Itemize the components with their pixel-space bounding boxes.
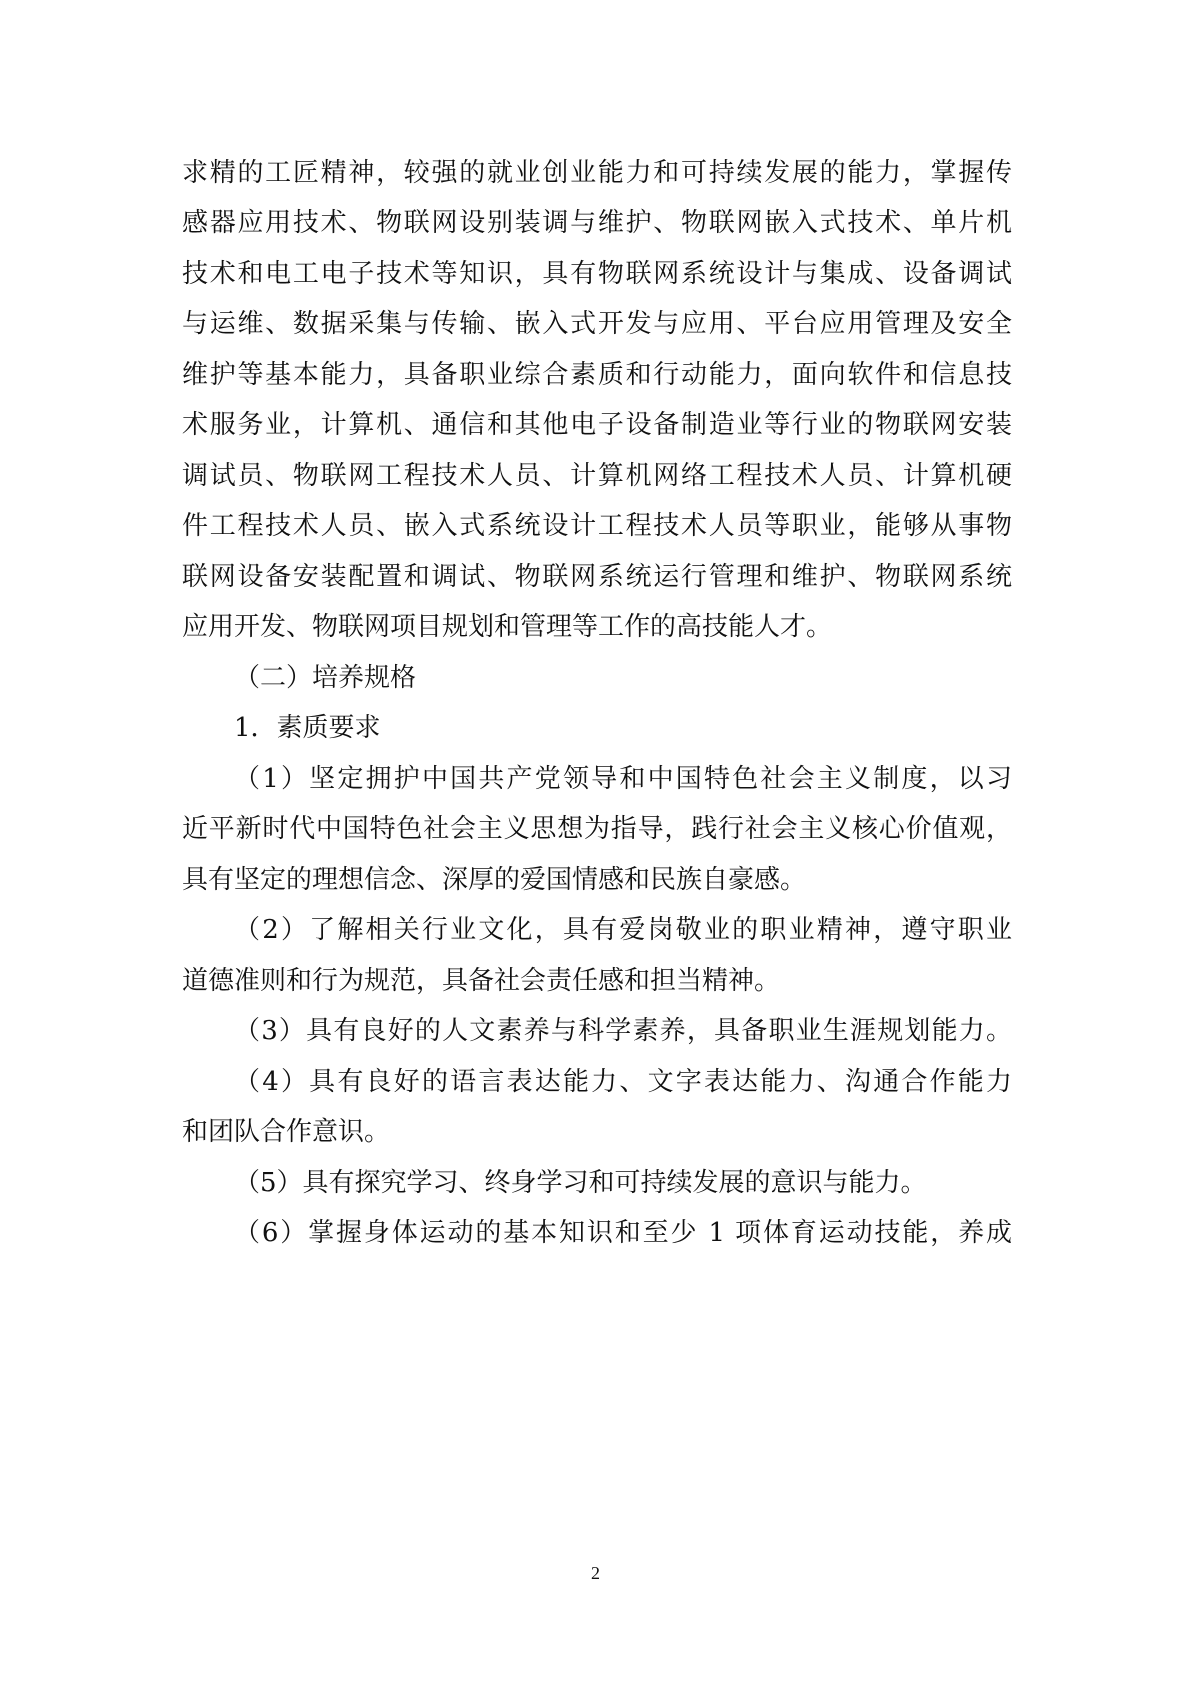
paragraph-line: 维护等基本能力，具备职业综合素质和行动能力，面向软件和信息技 — [182, 350, 1012, 400]
list-item-3-line: （3）具有良好的人文素养与科学素养，具备职业生涯规划能力。 — [234, 1006, 1012, 1056]
list-item-2-line: 道德准则和行为规范，具备社会责任感和担当精神。 — [182, 956, 1012, 1006]
list-item-1-line: 近平新时代中国特色社会主义思想为指导，践行社会主义核心价值观， — [182, 804, 1012, 854]
page-number: 2 — [0, 1563, 1191, 1584]
list-item-1-line: 具有坚定的理想信念、深厚的爱国情感和民族自豪感。 — [182, 855, 1012, 905]
list-item-5-line: （5）具有探究学习、终身学习和可持续发展的意识与能力。 — [234, 1158, 1012, 1208]
paragraph-line: 术服务业，计算机、通信和其他电子设备制造业等行业的物联网安装 — [182, 400, 1012, 450]
paragraph-line: 联网设备安装配置和调试、物联网系统运行管理和维护、物联网系统 — [182, 552, 1012, 602]
paragraph-line: 与运维、数据采集与传输、嵌入式开发与应用、平台应用管理及安全 — [182, 299, 1012, 349]
list-item-4-line: （4）具有良好的语言表达能力、文字表达能力、沟通合作能力 — [234, 1057, 1012, 1107]
document-page: 求精的工匠精神，较强的就业创业能力和可持续发展的能力，掌握传 感器应用技术、物联… — [0, 0, 1191, 1684]
subsection-heading: 1．素质要求 — [234, 703, 1012, 753]
list-item-4-line: 和团队合作意识。 — [182, 1107, 1012, 1157]
list-item-1-line: （1）坚定拥护中国共产党领导和中国特色社会主义制度，以习 — [234, 754, 1012, 804]
section-heading: （二）培养规格 — [234, 653, 1012, 703]
paragraph-line: 件工程技术人员、嵌入式系统设计工程技术人员等职业，能够从事物 — [182, 501, 1012, 551]
paragraph-line: 技术和电工电子技术等知识，具有物联网系统设计与集成、设备调试 — [182, 249, 1012, 299]
paragraph-line: 感器应用技术、物联网设别装调与维护、物联网嵌入式技术、单片机 — [182, 198, 1012, 248]
paragraph-line: 求精的工匠精神，较强的就业创业能力和可持续发展的能力，掌握传 — [182, 148, 1012, 198]
list-item-2-line: （2）了解相关行业文化，具有爱岗敬业的职业精神，遵守职业 — [234, 905, 1012, 955]
paragraph-line: 应用开发、物联网项目规划和管理等工作的高技能人才。 — [182, 602, 1012, 652]
paragraph-line: 调试员、物联网工程技术人员、计算机网络工程技术人员、计算机硬 — [182, 451, 1012, 501]
list-item-6-line: （6）掌握身体运动的基本知识和至少 1 项体育运动技能，养成 — [234, 1208, 1012, 1258]
